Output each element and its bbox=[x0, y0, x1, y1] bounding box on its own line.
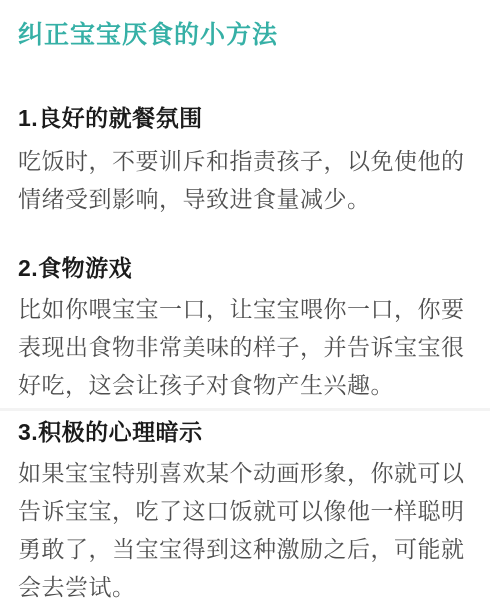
section-food-game: 2.食物游戏 比如你喂宝宝一口，让宝宝喂你一口，你要 表现出食物非常美味的样子，… bbox=[18, 254, 470, 404]
section-3-body: 如果宝宝特别喜欢某个动画形象，你就可以 告诉宝宝，吃了这口饭就可以像他一样聪明 … bbox=[18, 454, 470, 600]
section-3-heading: 3.积极的心理暗示 bbox=[18, 418, 470, 446]
section-1-body: 吃饭时，不要训斥和指责孩子，以免使他的 情绪受到影响，导致进食量减少。 bbox=[18, 142, 470, 218]
section-1-heading: 1.良好的就餐氛围 bbox=[18, 104, 470, 132]
section-dining-atmosphere: 1.良好的就餐氛围 吃饭时，不要训斥和指责孩子，以免使他的 情绪受到影响，导致进… bbox=[18, 104, 470, 218]
section-divider bbox=[0, 408, 490, 411]
page-title: 纠正宝宝厌食的小方法 bbox=[18, 20, 470, 50]
section-2-heading: 2.食物游戏 bbox=[18, 254, 470, 282]
article-page: 纠正宝宝厌食的小方法 1.良好的就餐氛围 吃饭时，不要训斥和指责孩子，以免使他的… bbox=[0, 0, 490, 600]
section-2-body: 比如你喂宝宝一口，让宝宝喂你一口，你要 表现出食物非常美味的样子，并告诉宝宝很 … bbox=[18, 290, 470, 404]
section-psychological-hint: 3.积极的心理暗示 如果宝宝特别喜欢某个动画形象，你就可以 告诉宝宝，吃了这口饭… bbox=[18, 418, 470, 600]
